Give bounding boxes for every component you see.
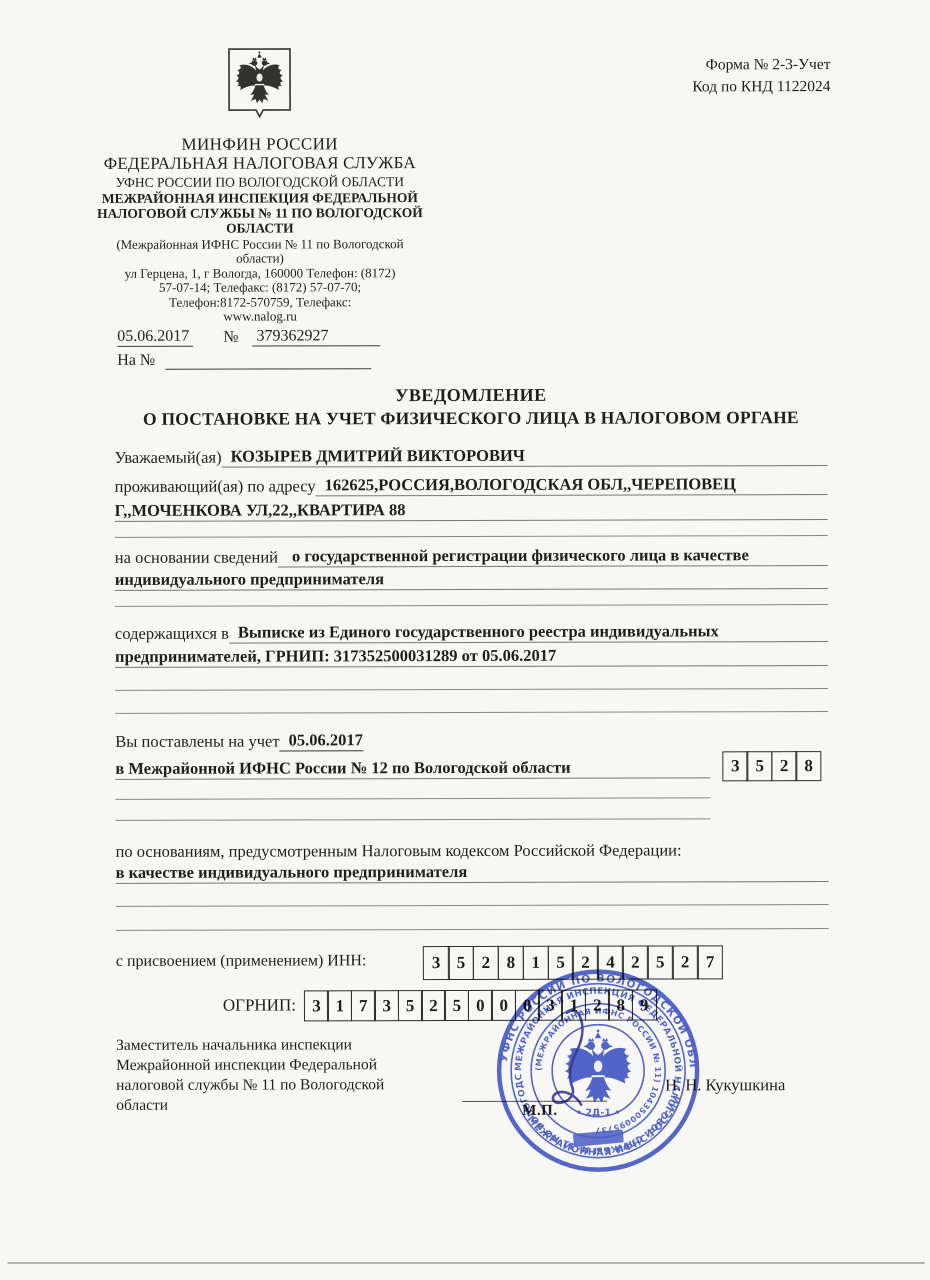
contained-label: содержащихся в	[115, 624, 229, 644]
ruled-blank-line	[115, 534, 828, 538]
address-value-1: 162625,РОССИЯ,ВОЛОГОДСКАЯ ОБЛ,,ЧЕРЕПОВЕЦ	[316, 474, 828, 496]
form-meta: Форма № 2-3-Учет Код по КНД 1122024	[692, 54, 830, 99]
ogrnip-digit: 2	[421, 990, 446, 1021]
code-digit: 3	[722, 751, 748, 781]
salutation-label: Уважаемый(ая)	[114, 448, 221, 468]
form-line-contained-2: предпринимателей, ГРНИП: 317352500031289…	[115, 645, 828, 668]
contained-value-2: предпринимателей, ГРНИП: 317352500031289…	[115, 645, 828, 668]
ruled-blank-line	[115, 796, 710, 800]
scan-page-edge	[8, 1262, 925, 1264]
basis-label: на основании сведений	[115, 547, 278, 567]
ogrnip-digit: 5	[398, 990, 423, 1021]
ruled-blank-line	[115, 603, 828, 607]
registered-date: 05.06.2017	[280, 730, 363, 751]
address-value-2: Г,,МОЧЕНКОВА УЛ,22,,КВАРТИРА 88	[115, 499, 828, 522]
form-line-contained: содержащихся в Выписке из Единого госуда…	[115, 621, 828, 644]
ruled-blank-line	[116, 927, 829, 931]
stamp-bottom-code: • 2Д-1 •	[576, 1108, 620, 1119]
grounds-label: по основаниям, предусмотренным Налоговым…	[116, 840, 682, 861]
registered-label: Вы поставлены на учет	[115, 731, 279, 751]
document-number: 379362927	[252, 327, 380, 346]
code-digit: 8	[796, 751, 822, 781]
ruled-blank-line	[115, 817, 710, 821]
letterhead-inspection: МЕЖРАЙОННАЯ ИНСПЕКЦИЯ ФЕДЕРАЛЬНОЙ НАЛОГО…	[94, 190, 426, 236]
title-line-1: УВЕДОМЛЕНИЕ	[114, 383, 827, 408]
form-line-grounds-value: в качестве индивидуального предпринимате…	[116, 861, 829, 884]
code-digit: 2	[771, 751, 797, 781]
inn-digit: 3	[423, 946, 450, 980]
reference-block: 05.06.2017 № 379362927 На №	[117, 324, 380, 370]
ogrnip-digit: 1	[327, 990, 352, 1021]
letterhead-website: www.nalog.ru	[94, 309, 426, 324]
ogrnip-digit: 3	[304, 990, 329, 1021]
reply-to-blank	[165, 368, 371, 370]
form-line-grounds: по основаниям, предусмотренным Налоговым…	[116, 839, 829, 862]
coat-of-arms-icon	[224, 46, 294, 124]
stamp-eagle-icon	[565, 1029, 632, 1102]
basis-value-1: о государственной регистрации физическог…	[278, 545, 828, 567]
person-name: КОЗЫРЕВ ДМИТРИЙ ВИКТОРОВИЧ	[222, 445, 828, 468]
document-date: 05.06.2017	[117, 328, 193, 347]
ruled-blank-line	[115, 687, 828, 691]
form-line-address-2: Г,,МОЧЕНКОВА УЛ,22,,КВАРТИРА 88	[115, 499, 828, 522]
inn-label: с присвоением (применением) ИНН:	[116, 952, 367, 971]
ogrnip-digit: 3	[374, 990, 399, 1021]
reply-to-label: На №	[117, 352, 155, 370]
authority-code-boxes: 3 5 2 8	[722, 751, 821, 781]
form-number-label: Форма № 2-3-Учет	[692, 54, 830, 77]
document-sheet: МИНФИН РОССИИ ФЕДЕРАЛЬНАЯ НАЛОГОВАЯ СЛУЖ…	[0, 0, 930, 1280]
round-seal-stamp: УФНС РОССИИ ПО ВОЛОГОДСКОЙ ОБЛАСТИ • МЕЖ…	[483, 955, 714, 1186]
signer-post: Заместитель начальника инспекции Межрайо…	[116, 1035, 446, 1116]
letterhead-address-2: 57-07-14; Телефакс: (8172) 57-07-70;	[94, 280, 426, 295]
ogrnip-label: ОГРНИП:	[116, 995, 296, 1015]
authority-name: в Межрайонной ИФНС России № 12 по Волого…	[115, 757, 710, 780]
contained-value-1: Выписке из Единого государственного реес…	[229, 621, 828, 644]
form-line-registered: Вы поставлены на учет 05.06.2017	[115, 729, 828, 752]
knd-code-label: Код по КНД 1122024	[692, 77, 830, 100]
inn-digit: 5	[448, 946, 475, 980]
form-line-basis-2: индивидуального предпринимателя	[115, 568, 828, 591]
letterhead-inspection-short: (Межрайонная ИФНС России № 11 по Вологод…	[94, 237, 426, 267]
signer-post-line: Межрайонной инспекции Федеральной	[116, 1055, 446, 1076]
title-line-2: О ПОСТАНОВКЕ НА УЧЕТ ФИЗИЧЕСКОГО ЛИЦА В …	[114, 406, 827, 431]
letterhead-service: ФЕДЕРАЛЬНАЯ НАЛОГОВАЯ СЛУЖБА	[94, 153, 426, 173]
form-line-address: проживающий(ая) по адресу 162625,РОССИЯ,…	[115, 474, 828, 497]
scanned-document: МИНФИН РОССИИ ФЕДЕРАЛЬНАЯ НАЛОГОВАЯ СЛУЖ…	[0, 0, 930, 1280]
ruled-blank-line	[115, 710, 828, 714]
form-line-authority: в Межрайонной ИФНС России № 12 по Волого…	[115, 757, 710, 780]
signer-post-line: Заместитель начальника инспекции	[116, 1035, 446, 1056]
letterhead: МИНФИН РОССИИ ФЕДЕРАЛЬНАЯ НАЛОГОВАЯ СЛУЖ…	[93, 46, 426, 325]
basis-value-2: индивидуального предпринимателя	[115, 568, 828, 591]
ruled-blank-line	[116, 903, 829, 907]
form-line-basis: на основании сведений о государственной …	[115, 545, 828, 568]
ogrnip-digit: 7	[351, 990, 376, 1021]
code-digit: 5	[747, 751, 773, 781]
address-label: проживающий(ая) по адресу	[115, 476, 316, 497]
form-line-salutation: Уважаемый(ая) КОЗЫРЕВ ДМИТРИЙ ВИКТОРОВИЧ	[114, 445, 827, 468]
signer-post-line: области	[116, 1095, 446, 1116]
signer-post-line: налоговой службы № 11 по Вологодской	[116, 1075, 446, 1096]
grounds-value: в качестве индивидуального предпринимате…	[116, 861, 829, 884]
letterhead-department: УФНС РОССИИ ПО ВОЛОГОДСКОЙ ОБЛАСТИ	[94, 174, 426, 190]
document-title: УВЕДОМЛЕНИЕ О ПОСТАНОВКЕ НА УЧЕТ ФИЗИЧЕС…	[114, 383, 827, 431]
ogrnip-digit: 5	[444, 990, 469, 1021]
number-sign: №	[223, 329, 238, 347]
letterhead-ministry: МИНФИН РОССИИ	[94, 134, 426, 154]
